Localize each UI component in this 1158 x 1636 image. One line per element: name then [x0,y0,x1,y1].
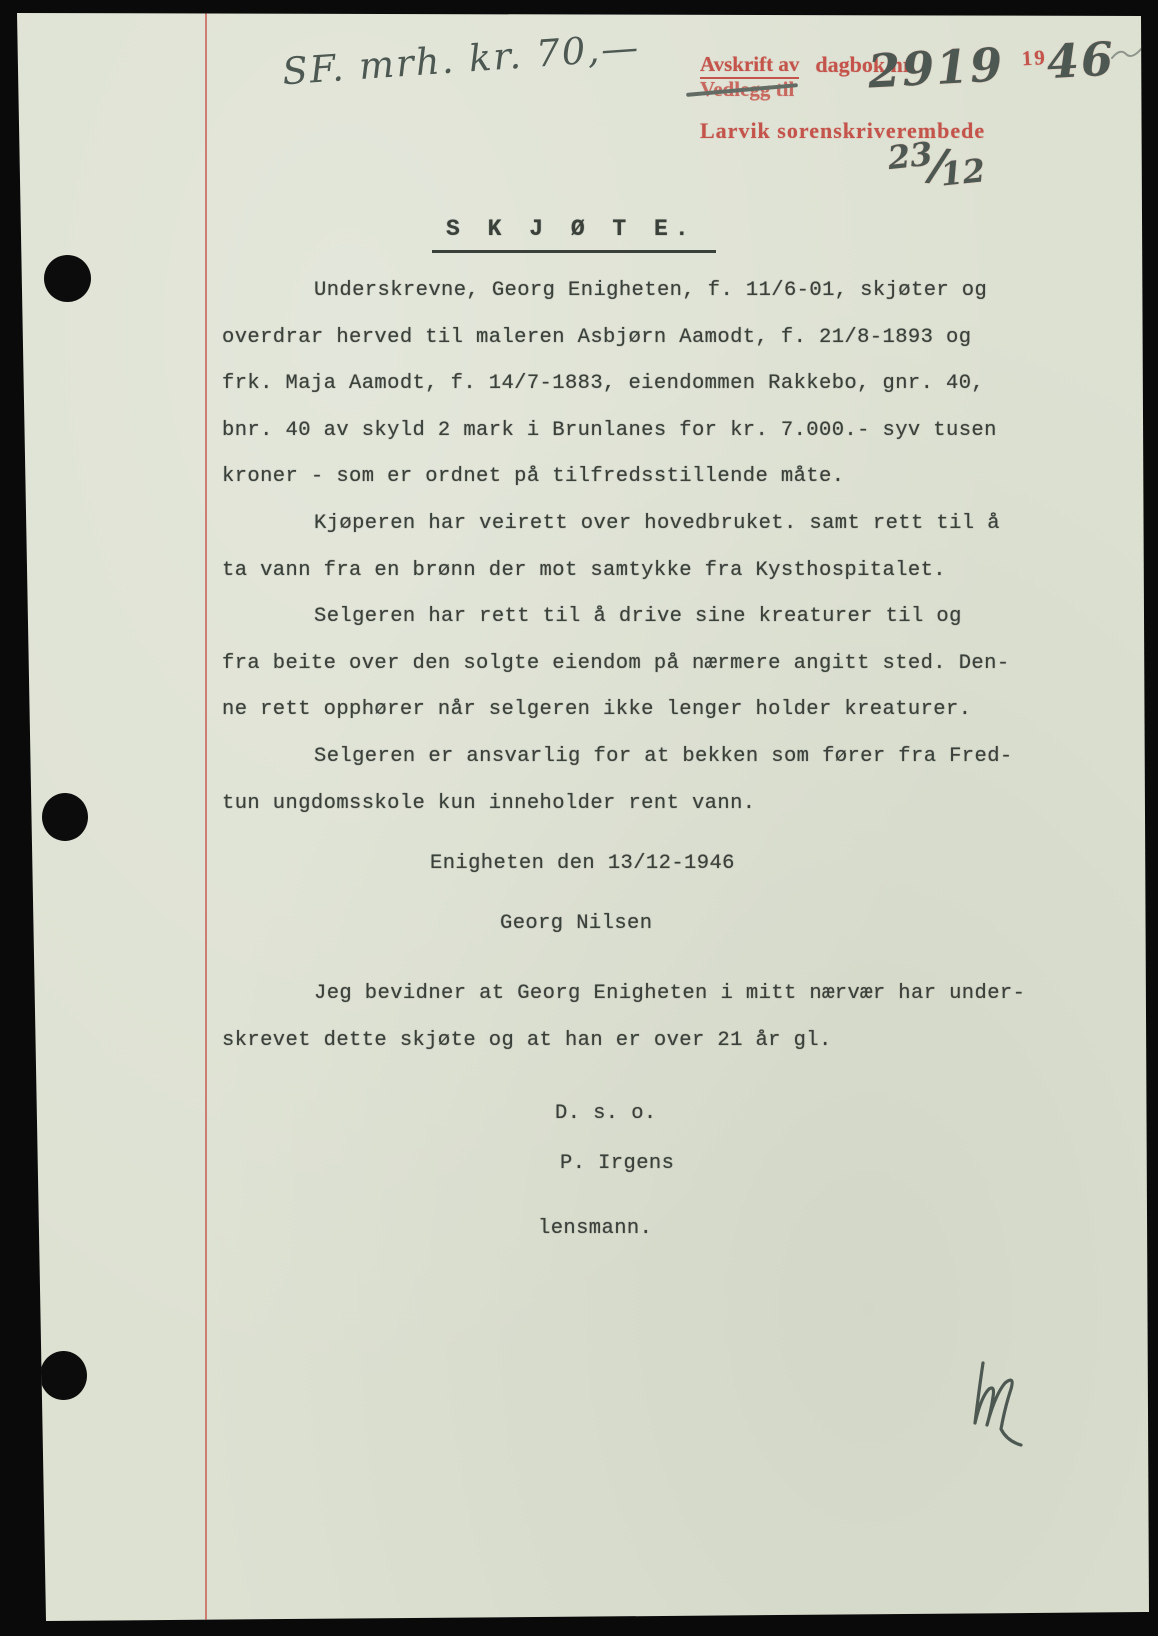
witness-statement: Jeg bevidner at Georg Enigheten i mitt n… [222,971,1082,1064]
handwritten-year: 46 [1046,32,1117,89]
red-margin-line [205,13,207,1621]
handwritten-date-fraction: 23/12 [883,135,993,197]
diary-number-value: 2919 [867,37,1006,98]
handwritten-fee-note: SF. mrh. kr. 70,— [281,26,639,94]
witness-line: Jeg bevidner at Georg Enigheten i mitt n… [222,971,1082,1018]
body-line: frk. Maja Aamodt, f. 14/7-1883, eiendomm… [222,361,1082,408]
stamp-year-printed: 19 [1021,45,1047,70]
dso-line: D. s. o. [222,1091,1082,1138]
witness-title-typed: lensmann. [222,1206,1082,1253]
stamp-vedlegg-til-struck: Vedlegg til [700,77,794,102]
body-line: fra beite over den solgte eiendom på nær… [222,641,1082,688]
clerk-initials-signature [955,1345,1055,1460]
punch-hole [44,255,91,302]
punch-hole [40,1351,87,1400]
fee-note-text: SF. mrh. kr. 70, [281,28,603,93]
handwritten-diary-number: 2919 1946 [867,32,1117,99]
seller-signature-typed: Georg Nilsen [222,901,1082,948]
body-line: Kjøperen har veirett over hovedbruket. s… [222,501,1082,548]
stamp-avskrift-vedlegg: Avskrift av Vedlegg til [700,52,799,102]
stamp-avskrift-av: Avskrift av [700,52,799,79]
body-line: ta vann fra en brønn der mot samtykke fr… [222,548,1082,595]
document-body: Underskrevne, Georg Enigheten, f. 11/6-0… [222,268,1082,1252]
witness-name-typed: P. Irgens [222,1141,1082,1188]
body-line: tun ungdomsskole kun inneholder rent van… [222,781,1082,828]
body-line: Selgeren er ansvarlig for at bekken som … [222,734,1082,781]
witness-line: skrevet dette skjøte og at han er over 2… [222,1018,1082,1065]
document-title: S K J Ø T E. [432,216,716,253]
body-line: Selgeren har rett til å drive sine kreat… [222,594,1082,641]
body-line: bnr. 40 av skyld 2 mark i Brunlanes for … [222,408,1082,455]
body-line: Underskrevne, Georg Enigheten, f. 11/6-0… [222,268,1082,315]
date-day: 23 [886,135,934,177]
body-line: kroner - som er ordnet på tilfredsstille… [222,454,1082,501]
place-and-date-line: Enigheten den 13/12-1946 [222,841,1082,888]
office-stamp: Avskrift av Vedlegg til dagbok nr. Larvi… [700,52,1060,144]
scanned-document: SF. mrh. kr. 70,— Avskrift av Vedlegg ti… [0,0,1158,1636]
fee-note-flourish: — [599,26,639,71]
date-month: 12 [939,151,987,193]
body-line: ne rett opphører når selgeren ikke lenge… [222,687,1082,734]
body-line: overdrar herved til maleren Asbjørn Aamo… [222,315,1082,362]
punch-hole [42,793,88,841]
corner-pencil-mark [1110,42,1146,69]
paper-sheet: SF. mrh. kr. 70,— Avskrift av Vedlegg ti… [0,0,1158,1636]
stamp-office-name: Larvik sorenskriverembede [700,118,1060,144]
